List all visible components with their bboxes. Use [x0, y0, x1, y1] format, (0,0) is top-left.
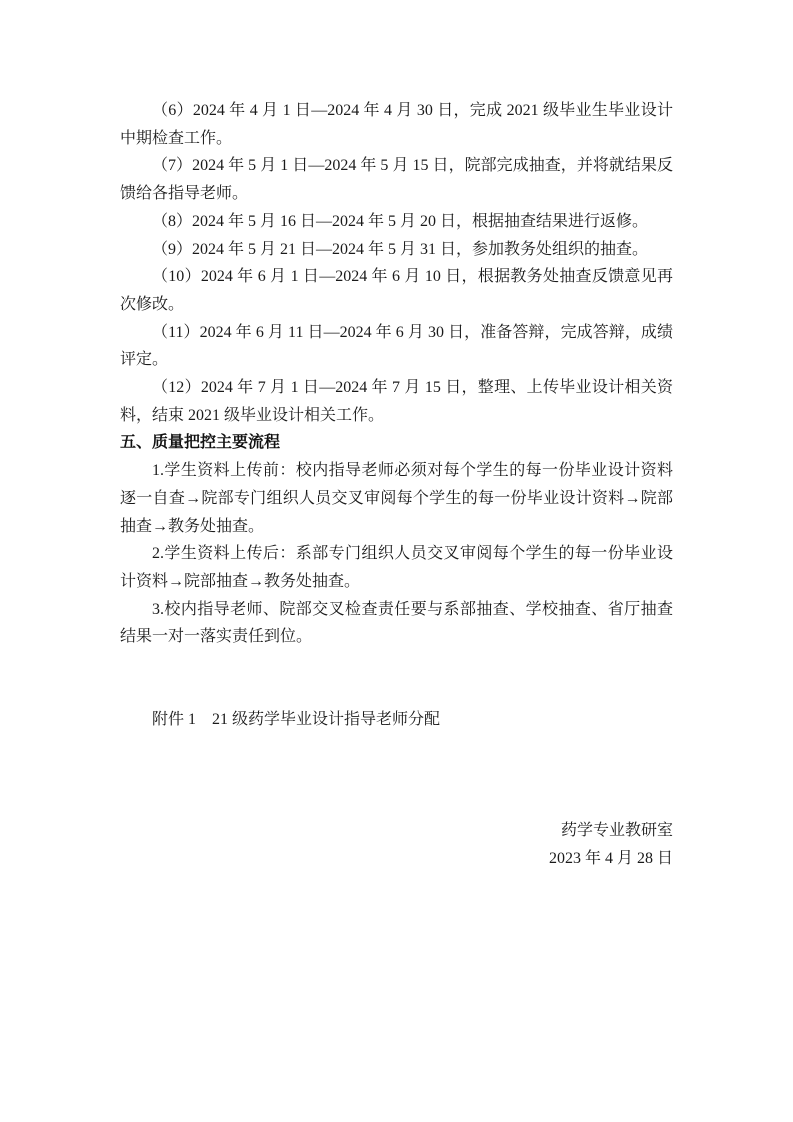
process-item-1: 1.学生资料上传前：校内指导老师必须对每个学生的每一份毕业设计资料逐一自查→院部… — [120, 457, 673, 540]
schedule-item-10: （10）2024 年 6 月 1 日—2024 年 6 月 10 日，根据教务处… — [120, 263, 673, 318]
section-heading-quality-control: 五、质量把控主要流程 — [120, 429, 673, 457]
signature-block: 药学专业教研室 2023 年 4 月 28 日 — [120, 817, 673, 872]
process-item-3: 3.校内指导老师、院部交叉检查责任要与系部抽查、学校抽查、省厅抽查结果一对一落实… — [120, 596, 673, 651]
schedule-item-6: （6）2024 年 4 月 1 日—2024 年 4 月 30 日，完成 202… — [120, 97, 673, 152]
schedule-item-7: （7）2024 年 5 月 1 日—2024 年 5 月 15 日，院部完成抽查… — [120, 152, 673, 207]
document-content: （6）2024 年 4 月 1 日—2024 年 4 月 30 日，完成 202… — [120, 97, 673, 873]
process-item-2: 2.学生资料上传后：系部专门组织人员交叉审阅每个学生的每一份毕业设计资料→院部抽… — [120, 540, 673, 595]
document-page: （6）2024 年 4 月 1 日—2024 年 4 月 30 日，完成 202… — [0, 0, 793, 1122]
schedule-item-9: （9）2024 年 5 月 21 日—2024 年 5 月 31 日，参加教务处… — [120, 236, 673, 264]
attachment-line: 附件 1 21 级药学毕业设计指导老师分配 — [120, 706, 673, 734]
schedule-item-8: （8）2024 年 5 月 16 日—2024 年 5 月 20 日，根据抽查结… — [120, 208, 673, 236]
signature-department: 药学专业教研室 — [120, 817, 673, 845]
schedule-item-11: （11）2024 年 6 月 11 日—2024 年 6 月 30 日，准备答辩… — [120, 319, 673, 374]
schedule-item-12: （12）2024 年 7 月 1 日—2024 年 7 月 15 日，整理、上传… — [120, 374, 673, 429]
signature-date: 2023 年 4 月 28 日 — [120, 845, 673, 873]
